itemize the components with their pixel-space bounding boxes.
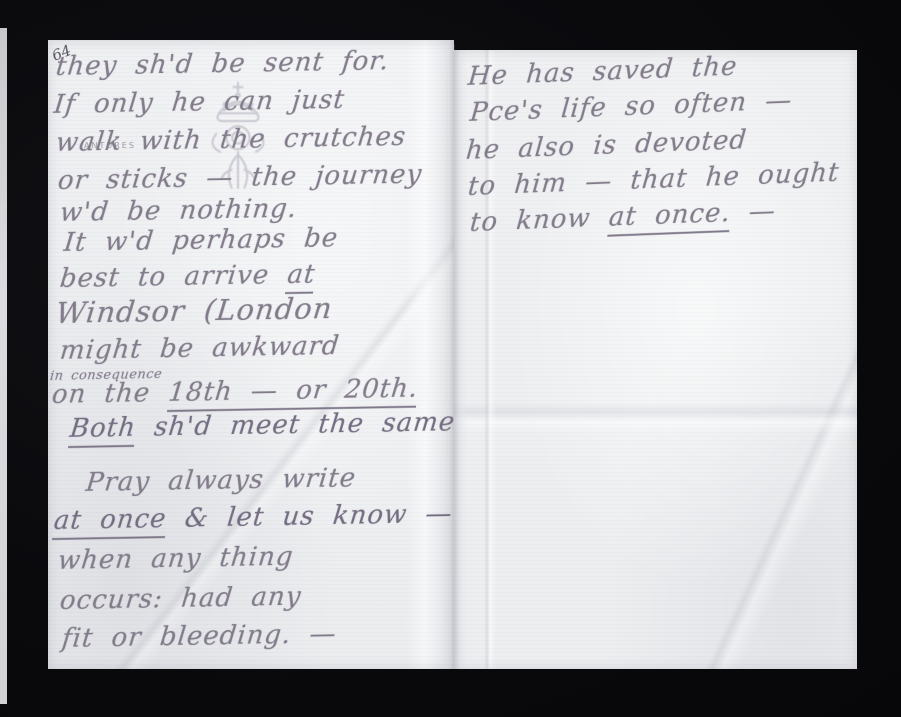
handwriting-line: w'd be nothing.	[58, 194, 298, 228]
handwriting-line: at once & let us know —	[52, 499, 454, 536]
handwriting-line: walk with the crutches	[54, 122, 407, 158]
line-text: or sticks — the journey	[56, 160, 423, 196]
line-underlined-text: 18th — or 20th.	[166, 374, 419, 412]
line-underlined-text: at once	[52, 504, 168, 540]
handwriting-line: fit or bleeding. —	[60, 619, 338, 654]
line-text: they sh'd be sent for.	[54, 46, 390, 82]
handwriting-line: he also is devoted	[465, 125, 749, 166]
handwriting-line: might be awkward	[58, 331, 341, 366]
handwriting-line: when any thing	[56, 542, 295, 576]
line-text: w'd be nothing.	[58, 194, 298, 228]
handwriting-line: Pray always write	[84, 463, 357, 498]
line-text: sh'd meet the same	[134, 407, 456, 443]
handwriting-line: Windsor (London	[54, 291, 334, 330]
line-text: walk with the crutches	[54, 122, 407, 158]
handwriting-line: to him — that he ought	[467, 158, 841, 202]
handwriting-line: Both sh'd meet the same	[68, 407, 456, 444]
line-underlined-text: Both	[68, 413, 138, 448]
line-text: It w'd perhaps be	[62, 223, 339, 258]
line-text: he also is devoted	[465, 125, 749, 166]
scanner-edge-strip	[0, 28, 7, 704]
line-text: Pray always write	[84, 463, 357, 498]
line-text: Windsor (London	[54, 291, 334, 330]
line-text: & let us know —	[165, 499, 454, 534]
handwriting-line: to know at once. —	[469, 196, 777, 238]
letter-page-left: 64 ANTURES they sh'd be sent f	[48, 40, 454, 669]
handwriting-line: occurs: had any	[58, 582, 303, 616]
handwriting-line: It w'd perhaps be	[62, 223, 339, 258]
line-text: —	[729, 196, 777, 228]
handwriting-line: Pce's life so often —	[469, 86, 794, 128]
handwriting-line: best to arrive at	[58, 260, 317, 295]
line-text: occurs: had any	[58, 582, 303, 616]
handwriting-line: on the 18th — or 20th.	[50, 374, 419, 410]
line-text: best to arrive	[58, 260, 289, 294]
letter-page-right: He has saved the Pce's life so often — h…	[454, 50, 857, 669]
line-text: to know	[469, 203, 610, 238]
handwriting-line: or sticks — the journey	[56, 160, 423, 196]
handwriting-line: He has saved the	[467, 52, 739, 92]
line-text: fit or bleeding. —	[60, 619, 338, 654]
letter-scan: 64 ANTURES they sh'd be sent f	[0, 0, 901, 717]
line-underlined-text: at	[285, 260, 317, 295]
line-underlined-text: at once.	[607, 198, 732, 237]
line-text: to him — that he ought	[467, 158, 841, 202]
handwriting-line: they sh'd be sent for.	[54, 46, 390, 82]
line-text: when any thing	[56, 542, 295, 576]
line-text: on the	[50, 378, 170, 410]
line-text: He has saved the	[467, 52, 739, 92]
handwriting-line: If only he can just	[52, 85, 346, 120]
line-text: Pce's life so often —	[469, 86, 794, 128]
line-text: If only he can just	[52, 85, 346, 120]
line-text: might be awkward	[58, 331, 341, 366]
